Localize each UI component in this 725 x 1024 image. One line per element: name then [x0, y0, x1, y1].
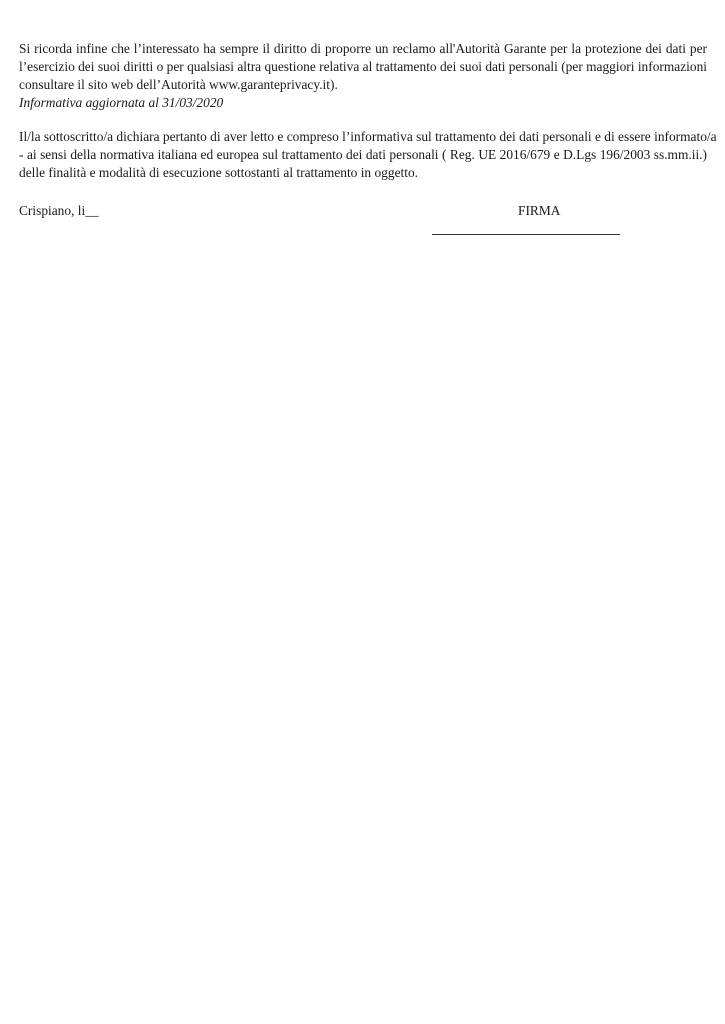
signature-label: FIRMA [518, 202, 560, 220]
signature-line [432, 234, 620, 235]
updated-note: Informativa aggiornata al 31/03/2020 [19, 94, 707, 112]
paragraph2-line-2: - ai sensi della normativa italiana ed e… [19, 146, 707, 164]
document-page: Si ricorda infine che l’interessato ha s… [0, 0, 725, 1024]
place-date: Crispiano, li__ [19, 202, 707, 220]
paragraph1-line-2: l’esercizio dei suoi diritti o per quals… [19, 58, 707, 76]
paragraph2-line-3: delle finalità e modalità di esecuzione … [19, 164, 707, 182]
paragraph1-line-1: Si ricorda infine che l’interessato ha s… [19, 40, 707, 58]
paragraph2-line-1: Il/la sottoscritto/a dichiara pertanto d… [19, 128, 707, 146]
paragraph1-line-3: consultare il sito web dell’Autorità www… [19, 76, 707, 94]
